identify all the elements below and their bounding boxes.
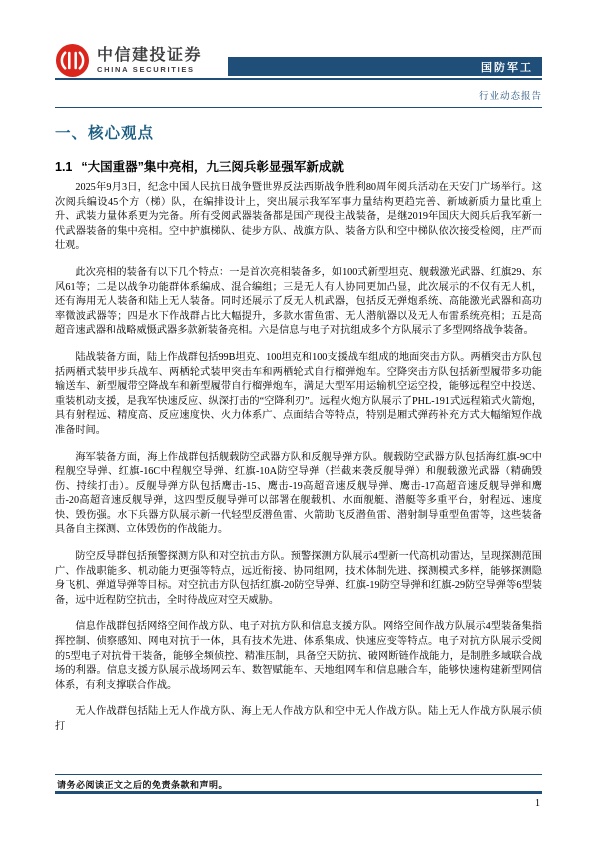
company-name-en: CHINA SECURITIES — [97, 65, 202, 75]
paragraph: 无人作战群包括陆上无人作战方队、海上无人作战方队和空中无人作战方队。陆上无人作战… — [55, 705, 542, 734]
page-number: 1 — [535, 798, 540, 809]
headings-block: 一、核心观点 1.1“大国重器”集中亮相，九三阅兵彰显强军新成就 — [55, 121, 542, 175]
paragraph: 2025年9月3日，纪念中国人民抗日战争暨世界反法西斯战争胜利80周年阅兵活动在… — [55, 181, 542, 254]
header-rule-top — [55, 78, 542, 80]
subsection-title-text: “大国重器”集中亮相，九三阅兵彰显强军新成就 — [81, 160, 344, 174]
section-title: 一、核心观点 — [55, 121, 542, 143]
paragraph: 防空反导群包括预警探测方队和对空抗击方队。预警探测方队展示4型新一代高机动雷达，… — [55, 550, 542, 608]
report-page: 中信建投证券 CHINA SECURITIES 国防军工 行业动态报告 一、核心… — [0, 0, 595, 842]
paragraph: 信息作战群包括网络空间作战方队、电子对抗方队和信息支援方队。网络空间作战方队展示… — [55, 620, 542, 693]
disclaimer-text: 请务必阅读正文之后的免责条款和声明。 — [57, 778, 228, 791]
paragraph: 此次亮相的装备有以下几个特点：一是首次亮相装备多，如100式新型坦克、舰载激光武… — [55, 266, 542, 339]
company-logo: 中信建投证券 CHINA SECURITIES — [55, 43, 202, 78]
paragraph: 陆战装备方面，陆上作战群包括99B坦克、100坦克和100支援战车组成的地面突击… — [55, 351, 542, 439]
citic-logo-icon — [55, 43, 90, 78]
footer-rule-thick — [55, 791, 542, 794]
sector-badge: 国防军工 — [228, 57, 542, 76]
subsection-title: 1.1“大国重器”集中亮相，九三阅兵彰显强军新成就 — [55, 157, 542, 175]
footer-rule-thin — [55, 774, 542, 775]
body-paragraphs: 2025年9月3日，纪念中国人民抗日战争暨世界反法西斯战争胜利80周年阅兵活动在… — [55, 181, 542, 747]
subsection-number: 1.1 — [55, 160, 72, 174]
paragraph: 海军装备方面，海上作战群包括舰载防空武器方队和反舰导弹方队。舰载防空武器方队包括… — [55, 451, 542, 539]
company-name-cn: 中信建投证券 — [97, 47, 202, 65]
report-type-label: 行业动态报告 — [479, 88, 542, 102]
header-rule-bottom — [55, 107, 542, 108]
sector-badge-label: 国防军工 — [481, 59, 533, 75]
